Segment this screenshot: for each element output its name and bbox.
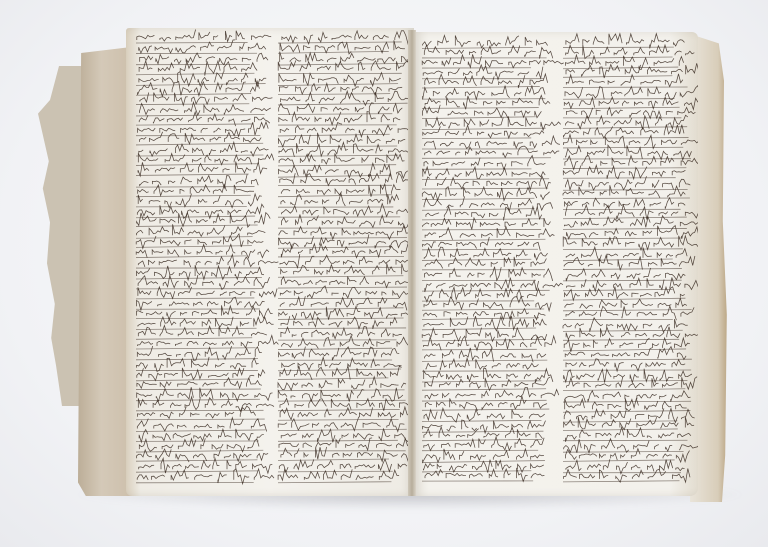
book-gutter — [408, 30, 416, 496]
photo-background: Two facing pages densely filled with bro… — [0, 0, 768, 547]
right-page — [412, 32, 698, 496]
handwriting-right — [412, 32, 698, 496]
handwriting-left — [126, 28, 414, 496]
image-caption: Two facing pages densely filled with bro… — [0, 0, 1, 1]
left-page — [126, 28, 414, 496]
